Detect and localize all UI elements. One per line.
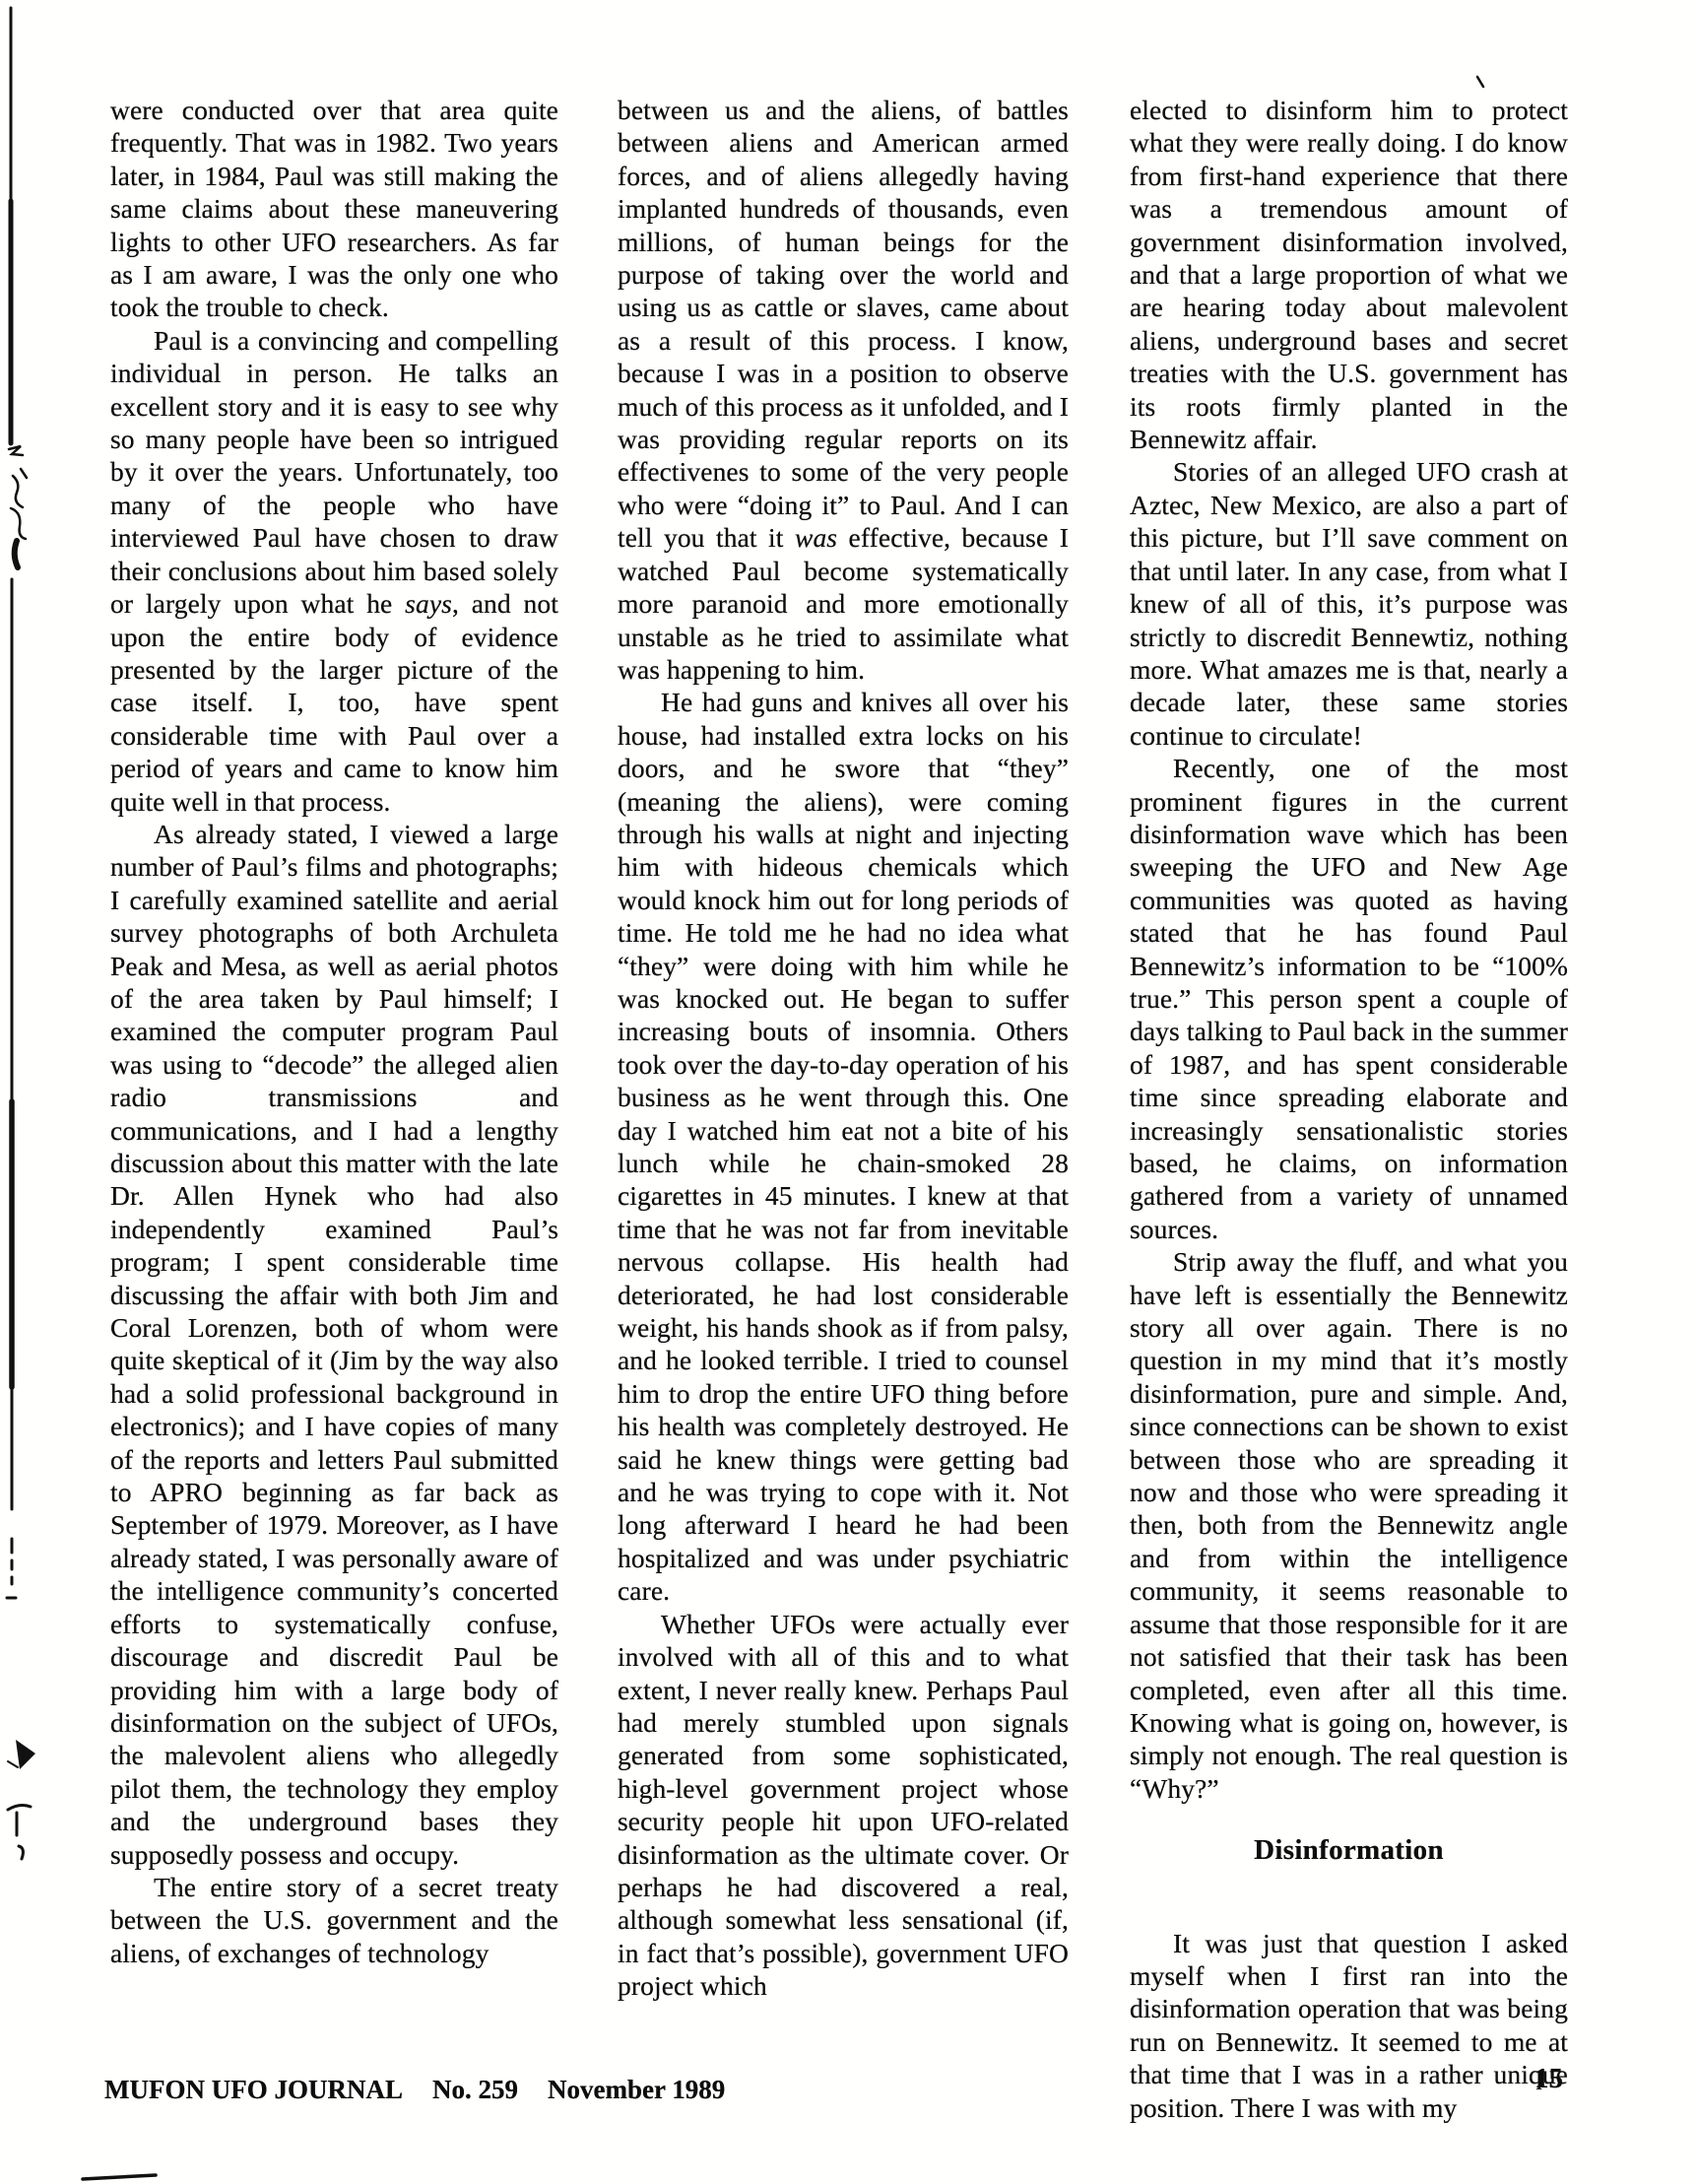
margin-scribble (15, 541, 18, 567)
margin-ink-mark (8, 1806, 31, 1859)
text-column-middle: between us and the aliens, of battles be… (618, 94, 1069, 2003)
paragraph: Whether UFOs were actually ever involved… (618, 1608, 1069, 2003)
margin-ink-mark (16, 1740, 35, 1769)
paragraph: He had guns and knives all over his hous… (618, 686, 1069, 1607)
text-column-left: were conducted over that area quite freq… (110, 94, 558, 1969)
paragraph: Stories of an alleged UFO crash at Aztec… (1130, 455, 1568, 752)
paragraph: between us and the aliens, of battles be… (618, 94, 1069, 686)
paragraph: Recently, one of the most prominent figu… (1130, 752, 1568, 1245)
paragraph: As already stated, I viewed a large numb… (110, 818, 558, 1871)
margin-scribble (9, 446, 23, 455)
bottom-left-mark (83, 2175, 156, 2179)
paragraph: The entire story of a secret treaty betw… (110, 1871, 558, 1969)
margin-ink-mark (8, 1761, 18, 1767)
margin-scribble (11, 469, 27, 539)
page-footer: MUFON UFO JOURNALNo. 259November 1989 (104, 2075, 725, 2105)
section-heading: Disinformation (1130, 1834, 1568, 1867)
page-number: 15 (1534, 2063, 1563, 2095)
paragraph: Paul is a convincing and compelling indi… (110, 324, 558, 818)
top-right-tick (1477, 77, 1483, 87)
journal-title: MUFON UFO JOURNAL (104, 2075, 403, 2104)
issue-number: No. 259 (432, 2075, 518, 2104)
paragraph: were conducted over that area quite freq… (110, 94, 558, 324)
paragraph: Strip away the fluff, and what you have … (1130, 1245, 1568, 1805)
paragraph: It was just that question I asked myself… (1130, 1927, 1568, 2124)
issue-date: November 1989 (548, 2075, 725, 2104)
paragraph: elected to disinform him to protect what… (1130, 94, 1568, 455)
magazine-page: were conducted over that area quite freq… (0, 0, 1697, 2184)
text-column-right: elected to disinform him to protect what… (1130, 94, 1568, 2124)
